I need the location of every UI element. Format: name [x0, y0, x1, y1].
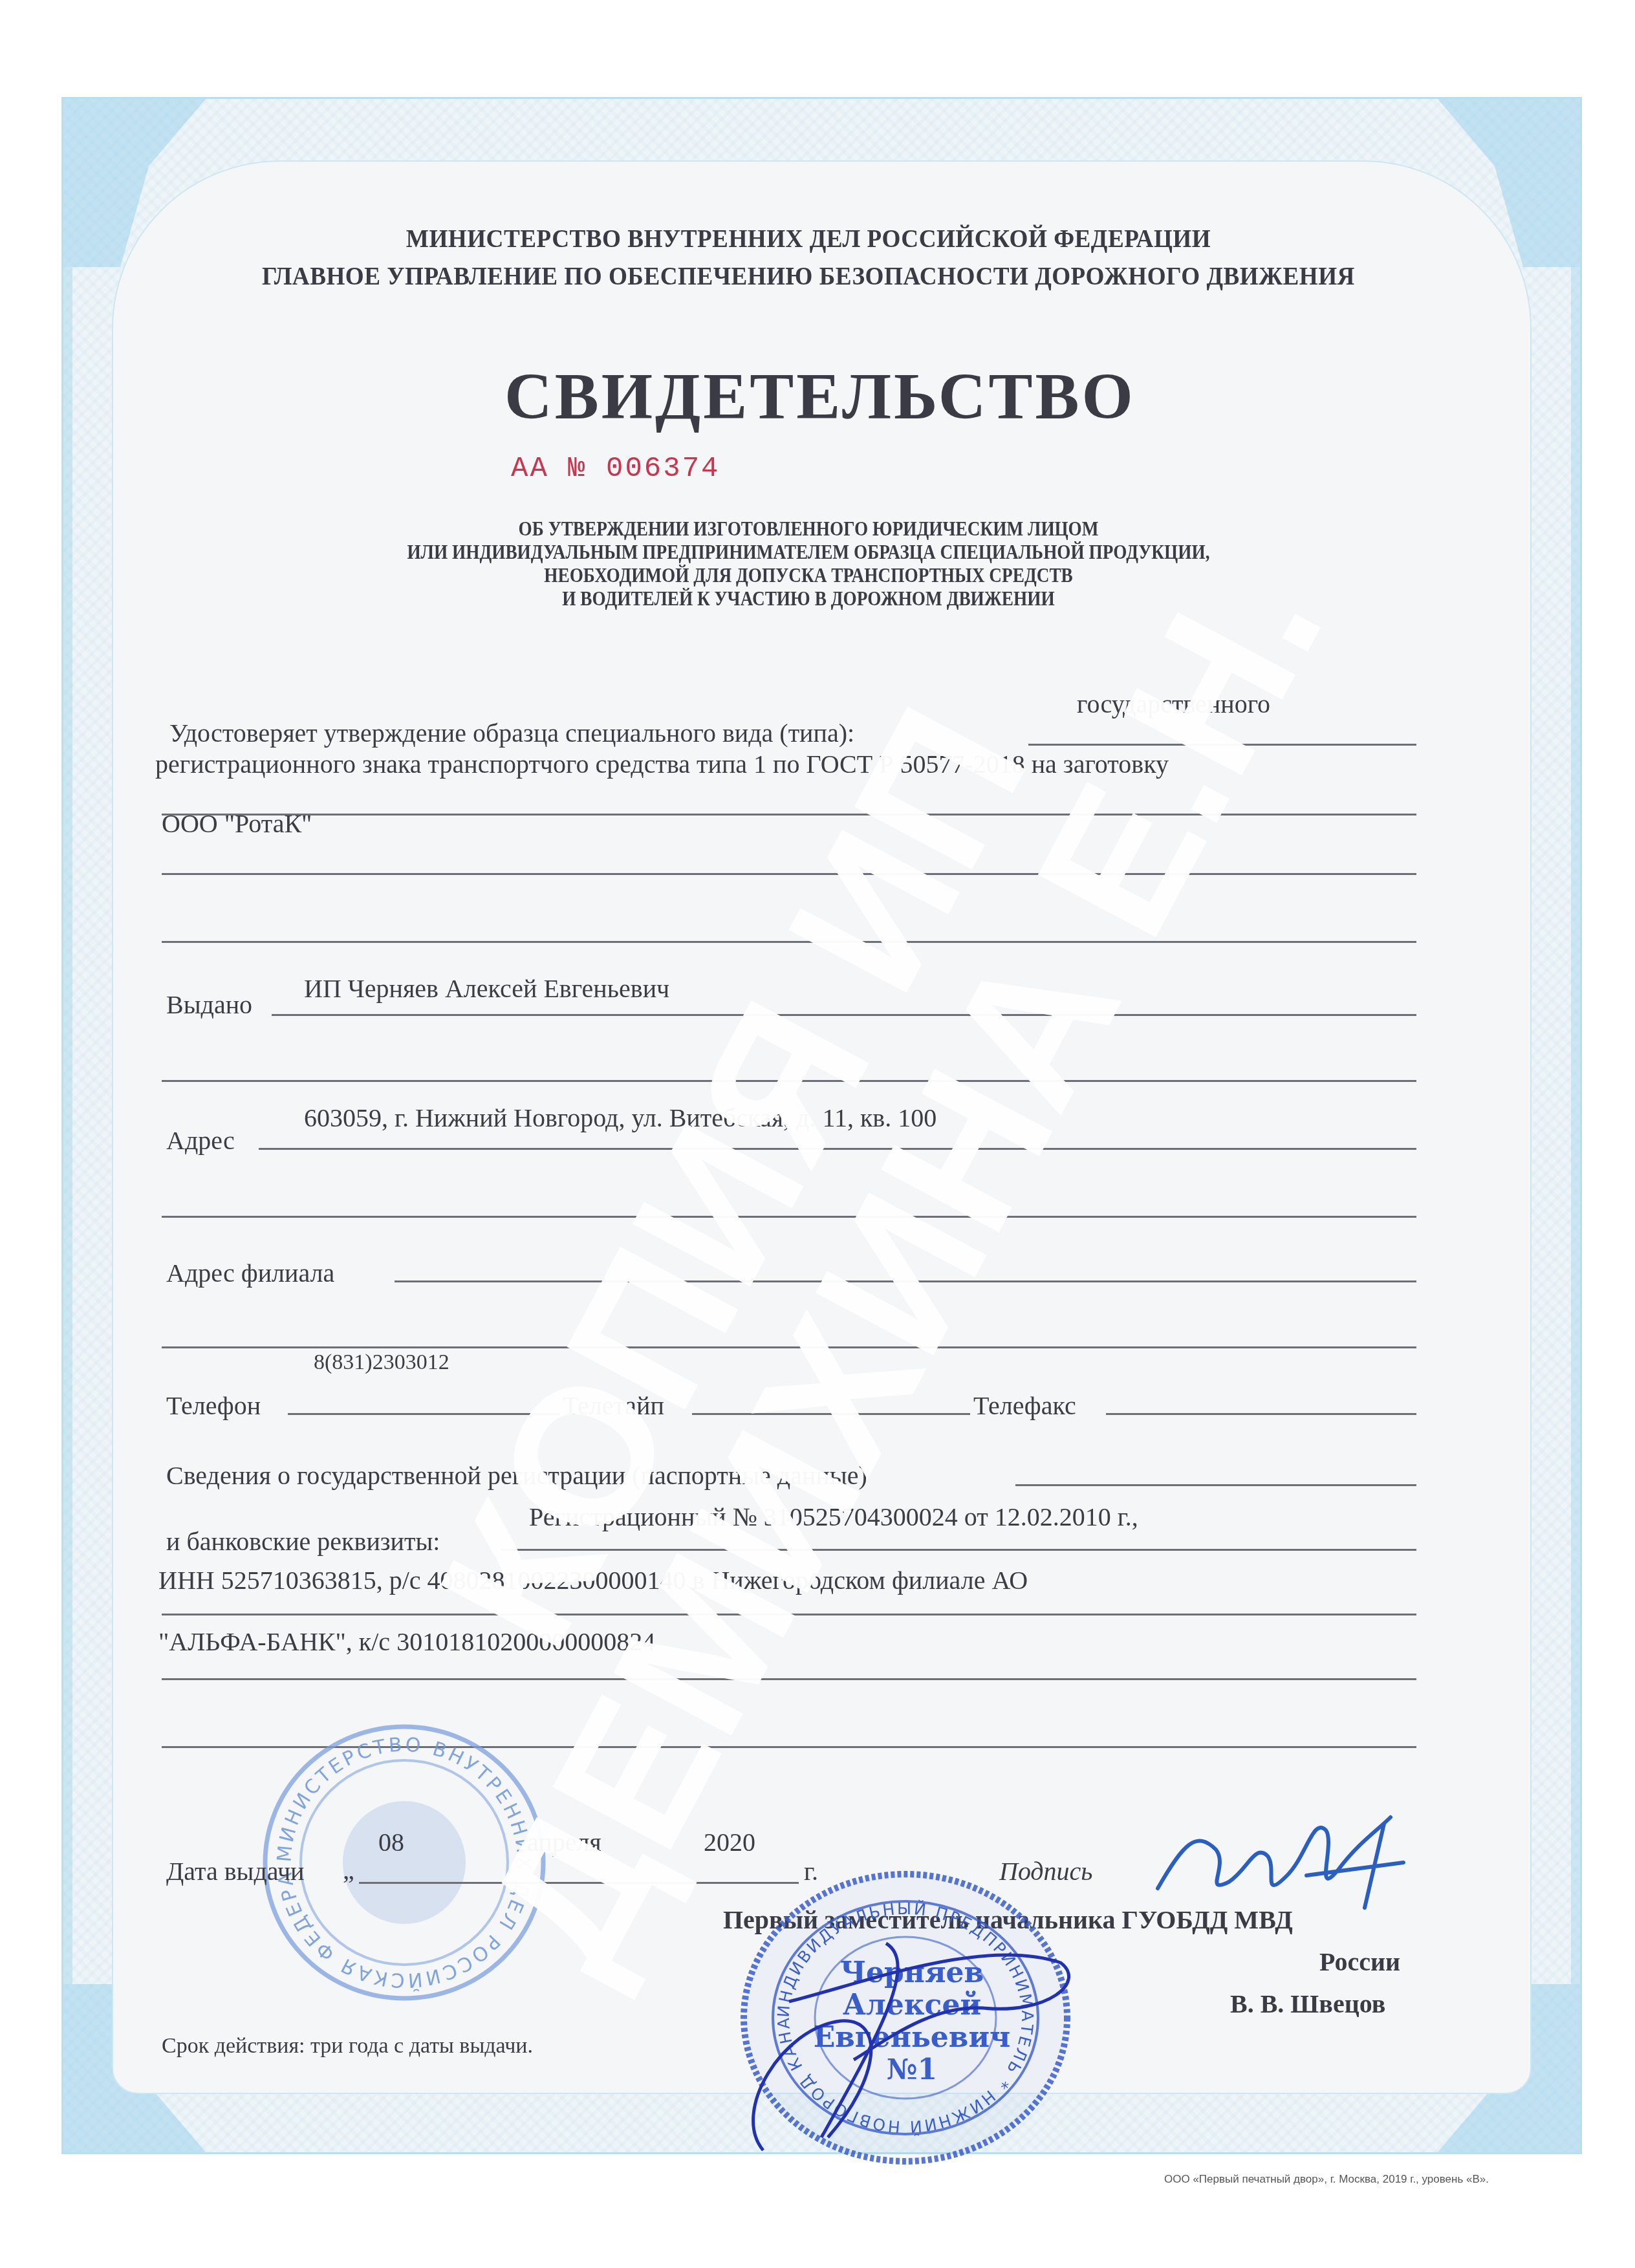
bank-value-line2: "АЛЬФА-БАНК", к/с 30101810200000000824 — [158, 1626, 655, 1657]
ministry-header: МИНИСТЕРСТВО ВНУТРЕННИХ ДЕЛ РОССИЙСКОЙ Ф… — [358, 223, 1260, 254]
registration-label: Сведения о государственной регистрации (… — [166, 1460, 867, 1491]
address-label: Адрес — [166, 1125, 235, 1156]
issue-year[interactable]: 2020 — [704, 1827, 755, 1857]
printer-footer: ООО «Первый печатный двор», г. Москва, 2… — [1164, 2173, 1489, 2186]
registration-value: Регистрационный № 310525704300024 от 12.… — [529, 1502, 1138, 1532]
document-title: СВИДЕТЕЛЬСТВО — [504, 359, 1136, 435]
bank-label: и банковские реквизиты: — [166, 1526, 440, 1557]
address-value: 603059, г. Нижний Новгород, ул. Витебска… — [304, 1103, 937, 1133]
certifies-value-line2: регистрационного знака транспортчого сре… — [155, 749, 1169, 779]
issue-date-label: Дата выдачи — [166, 1856, 305, 1886]
signer-title: Первый заместитель начальника ГУОБДД МВД — [723, 1905, 1293, 1935]
serial-number: АА № 006374 — [511, 453, 720, 485]
phone-value: 8(831)2303012 — [314, 1350, 449, 1375]
certifies-label: Удостоверяет утверждение образца специал… — [169, 718, 854, 748]
security-pattern-edge — [1571, 267, 1580, 1984]
subtitle-line: ОБ УТВЕРЖДЕНИИ ИЗГОТОВЛЕННОГО ЮРИДИЧЕСКИ… — [325, 517, 1292, 541]
year-suffix: г. — [804, 1856, 818, 1886]
fax-label: Телефакс — [973, 1390, 1076, 1421]
branch-address-label: Адрес филиала — [166, 1258, 334, 1288]
subtitle-line: НЕОБХОДИМОЙ ДЛЯ ДОПУСКА ТРАНСПОРТНЫХ СРЕ… — [325, 564, 1292, 587]
department-header: ГЛАВНОЕ УПРАВЛЕНИЕ ПО ОБЕСПЕЧЕНИЮ БЕЗОПА… — [195, 261, 1422, 291]
quote-mark: „ — [343, 1855, 354, 1885]
subtitle-line: ИЛИ ИНДИВИДУАЛЬНЫМ ПРЕДПРИНИМАТЕЛЕМ ОБРА… — [325, 541, 1292, 564]
issued-value: ИП Черняев Алексей Евгеньевич — [304, 973, 669, 1004]
certifies-value-top: государственного — [1077, 689, 1270, 719]
teletype-label: Телетайп — [563, 1390, 664, 1421]
subtitle-line: И ВОДИТЕЛЕЙ К УЧАСТИЮ В ДОРОЖНОМ ДВИЖЕНИ… — [325, 587, 1292, 610]
bank-value-line1: ИНН 525710363815, р/с 408028100223000001… — [158, 1565, 1028, 1595]
issued-label: Выдано — [166, 989, 252, 1020]
issue-month[interactable]: апреля — [527, 1827, 601, 1857]
issue-day[interactable]: 08 — [378, 1827, 404, 1857]
signer-name: В. В. Швецов — [1230, 1989, 1385, 2019]
security-pattern-edge — [63, 267, 72, 1984]
certifies-value-line3: ООО "РотаК" — [162, 808, 312, 839]
signature-label: Подпись — [999, 1856, 1093, 1886]
signer-title-country: России — [1319, 1947, 1400, 1977]
phone-label: Телефон — [166, 1390, 261, 1421]
validity-note: Срок действия: три года с даты выдачи. — [162, 2034, 533, 2058]
